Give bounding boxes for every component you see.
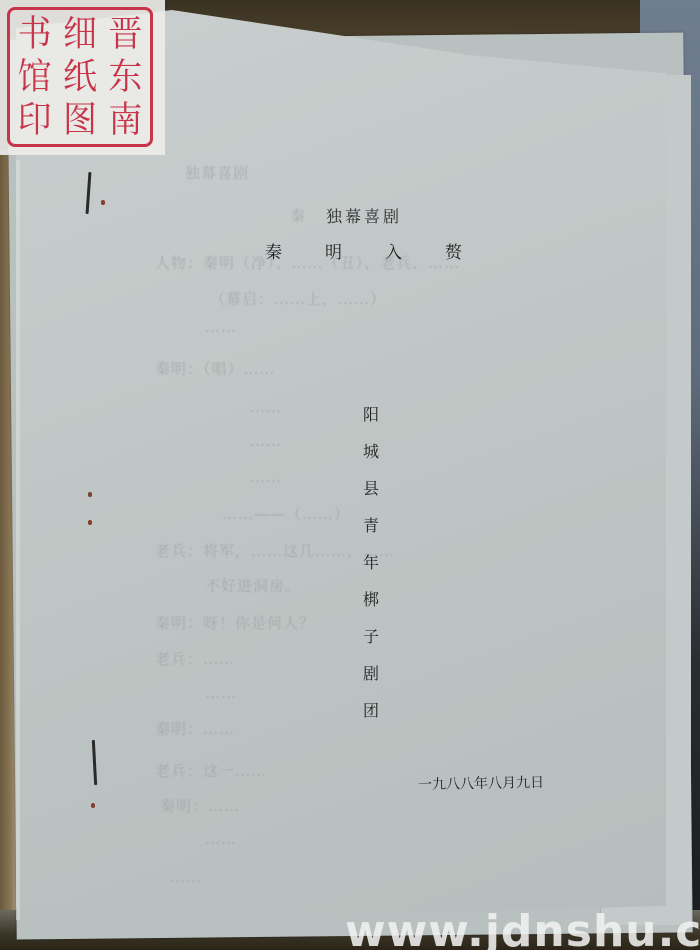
troupe-char: 年 [360, 550, 382, 587]
ghost-line: 老兵：…… [155, 648, 235, 669]
ghost-header: 独幕喜剧 [185, 162, 249, 183]
title-char: 入 [385, 238, 445, 263]
seal-char: 晋 [103, 16, 148, 52]
seal-char: 书 [12, 16, 57, 52]
ghost-line: …… [170, 868, 202, 886]
troupe-char: 县 [360, 476, 382, 513]
play-title: 秦明入赘 [265, 238, 505, 263]
ghost-line: …… [250, 398, 282, 416]
binding-hole [88, 492, 92, 497]
genre-line: 独幕喜剧 [326, 204, 402, 227]
binding-hole [88, 520, 92, 525]
seal-char: 东 [103, 59, 148, 95]
troupe-char: 团 [360, 698, 382, 735]
troupe-char: 城 [360, 439, 382, 476]
ghost-line: （幕启：……上，……） [210, 288, 386, 309]
ghost-line: …… [205, 318, 237, 336]
seal-char: 图 [57, 102, 102, 138]
seal-stamp-area: 晋 东 南 细 纸 图 书 馆 印 [0, 0, 165, 155]
seal-char: 南 [103, 102, 148, 138]
troupe-char: 子 [360, 624, 382, 661]
site-watermark: www.jdnshu.com [345, 906, 700, 950]
ghost-genre-prefix: 秦 [290, 205, 306, 226]
ghost-line: 不好进洞房。 [205, 575, 301, 596]
document-date: 一九八八年八月九日 [418, 772, 544, 794]
ghost-line: …… [250, 468, 282, 486]
ghost-line: 老兵：将军，……这几……，…… [155, 540, 395, 561]
troupe-name-vertical: 阳 城 县 青 年 梆 子 剧 团 [360, 402, 382, 735]
title-char: 明 [325, 238, 385, 263]
seal-char: 馆 [12, 59, 57, 95]
ghost-line: …… [205, 830, 237, 848]
troupe-char: 梆 [360, 587, 382, 624]
ghost-line: 秦明：（唱）…… [155, 358, 276, 379]
title-char: 赘 [445, 238, 505, 263]
library-seal-icon: 晋 东 南 细 纸 图 书 馆 印 [7, 7, 153, 147]
seal-char: 细 [57, 16, 102, 52]
ghost-line: 秦明：…… [160, 795, 240, 816]
ghost-line: …… [205, 684, 237, 702]
troupe-char: 青 [360, 513, 382, 550]
troupe-char: 剧 [360, 661, 382, 698]
ghost-line: …… [250, 432, 282, 450]
ghost-line: 秦明：呀！你是何人？ [155, 612, 315, 633]
binding-hole [91, 803, 95, 808]
seal-char: 纸 [57, 59, 102, 95]
seal-char: 印 [12, 102, 57, 138]
ghost-line: ……——（……） [222, 503, 350, 524]
ghost-line: 秦明：…… [155, 718, 235, 739]
page-edge [16, 160, 20, 920]
ghost-line: 老兵：这一…… [155, 760, 267, 781]
title-char: 秦 [265, 238, 325, 263]
troupe-char: 阳 [360, 402, 382, 439]
binding-hole [101, 200, 105, 205]
